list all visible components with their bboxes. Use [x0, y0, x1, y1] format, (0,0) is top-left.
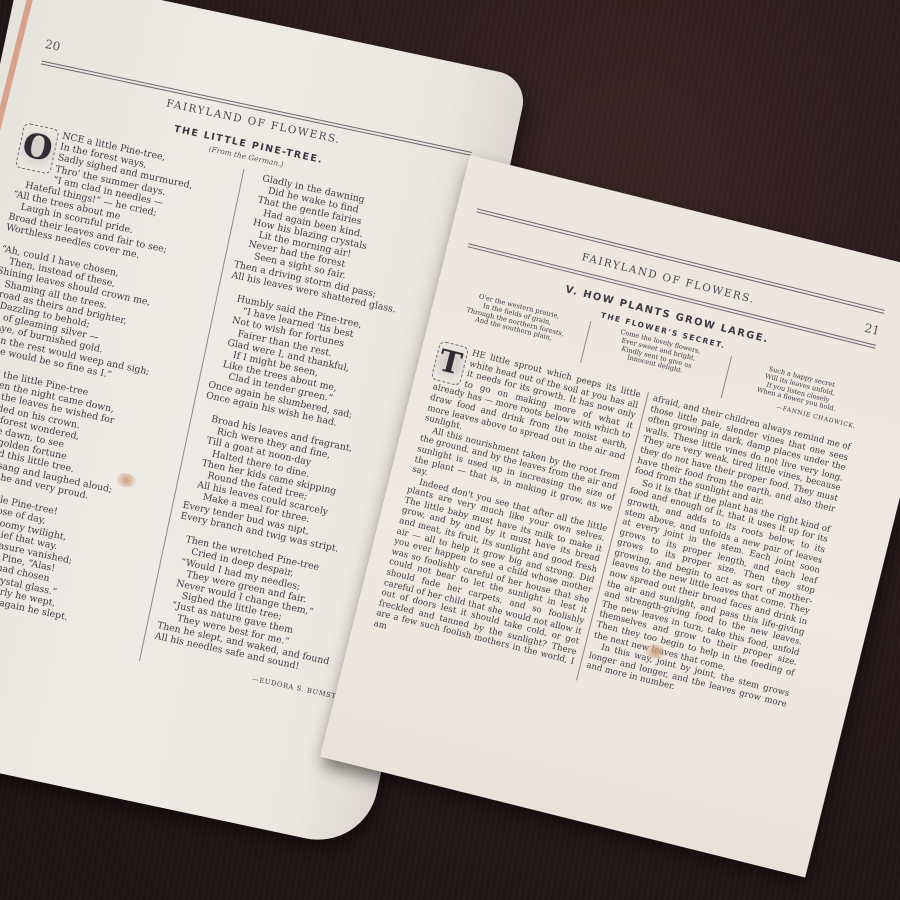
- page-number: 21: [863, 321, 881, 338]
